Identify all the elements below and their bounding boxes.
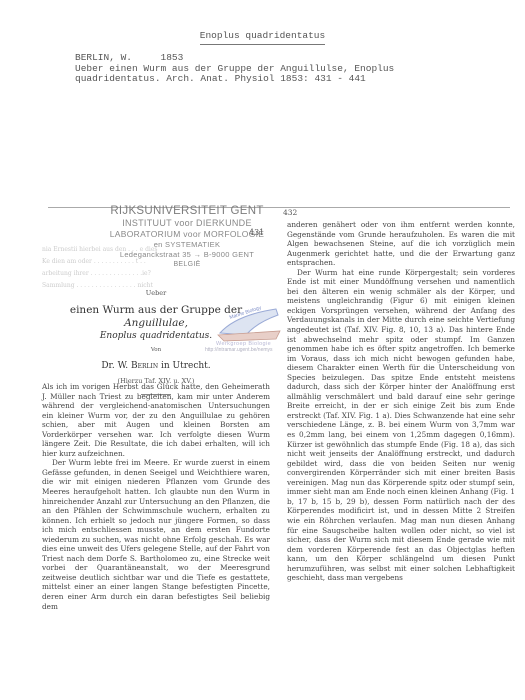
header-ueber: Ueber [42, 289, 270, 299]
article-author: Dr. W. Berlin in Utrecht. [42, 362, 270, 372]
index-card-title: Enoplus quadridentatus [0, 30, 525, 41]
library-stamp: RIJKSUNIVERSITEIT GENT INSTITUUT voor DI… [102, 205, 272, 270]
reference-journal-line: quadridentatus. Arch. Anat. Physiol 1853… [75, 74, 495, 85]
paragraph: Als ich im vorigen Herbst das Glück hatt… [42, 382, 270, 458]
watermark-url: http://intramar.ugent.be/nemys [205, 347, 273, 353]
stamp-address: Ledeganckstraat 35 → B-9000 GENT [102, 250, 272, 260]
stamp-university: RIJKSUNIVERSITEIT GENT [102, 205, 272, 218]
species-title: Enoplus quadridentatus [200, 30, 325, 45]
reference-author-year: BERLIN, W. 1853 [75, 53, 495, 64]
stamp-institute: INSTITUUT voor DIERKUNDE [102, 218, 272, 229]
ship-logo-icon: Marine Biology [216, 305, 284, 343]
paragraph: anderen genähert oder von ihm entfernt w… [287, 220, 515, 268]
stamp-laboratory: LABORATORIUM voor MORFOLOGIE [102, 229, 272, 240]
page-number-right: 432 [283, 208, 297, 218]
paragraph: Der Wurm lebte frei im Meere. Er wurde z… [42, 458, 270, 611]
bleed-through-text: arbeitung ihrer . . . . . . . . . . . . … [42, 269, 151, 279]
page-number-left: 431 [249, 228, 264, 238]
stamp-country: BELGIË [102, 260, 272, 270]
stamp-systematics: en SYSTEMATIEK [102, 240, 272, 250]
paragraph: Der Wurm hat eine runde Körpergestalt; s… [287, 268, 515, 583]
left-page-body: Als ich im vorigen Herbst das Glück hatt… [42, 382, 270, 611]
right-page-body: anderen genähert oder von ihm entfernt w… [287, 220, 515, 583]
index-card-reference: BERLIN, W. 1853Ueber einen Wurm aus der … [75, 53, 495, 85]
scanned-article: nia Ernestii hierbei aus den . . . e die… [40, 205, 520, 695]
